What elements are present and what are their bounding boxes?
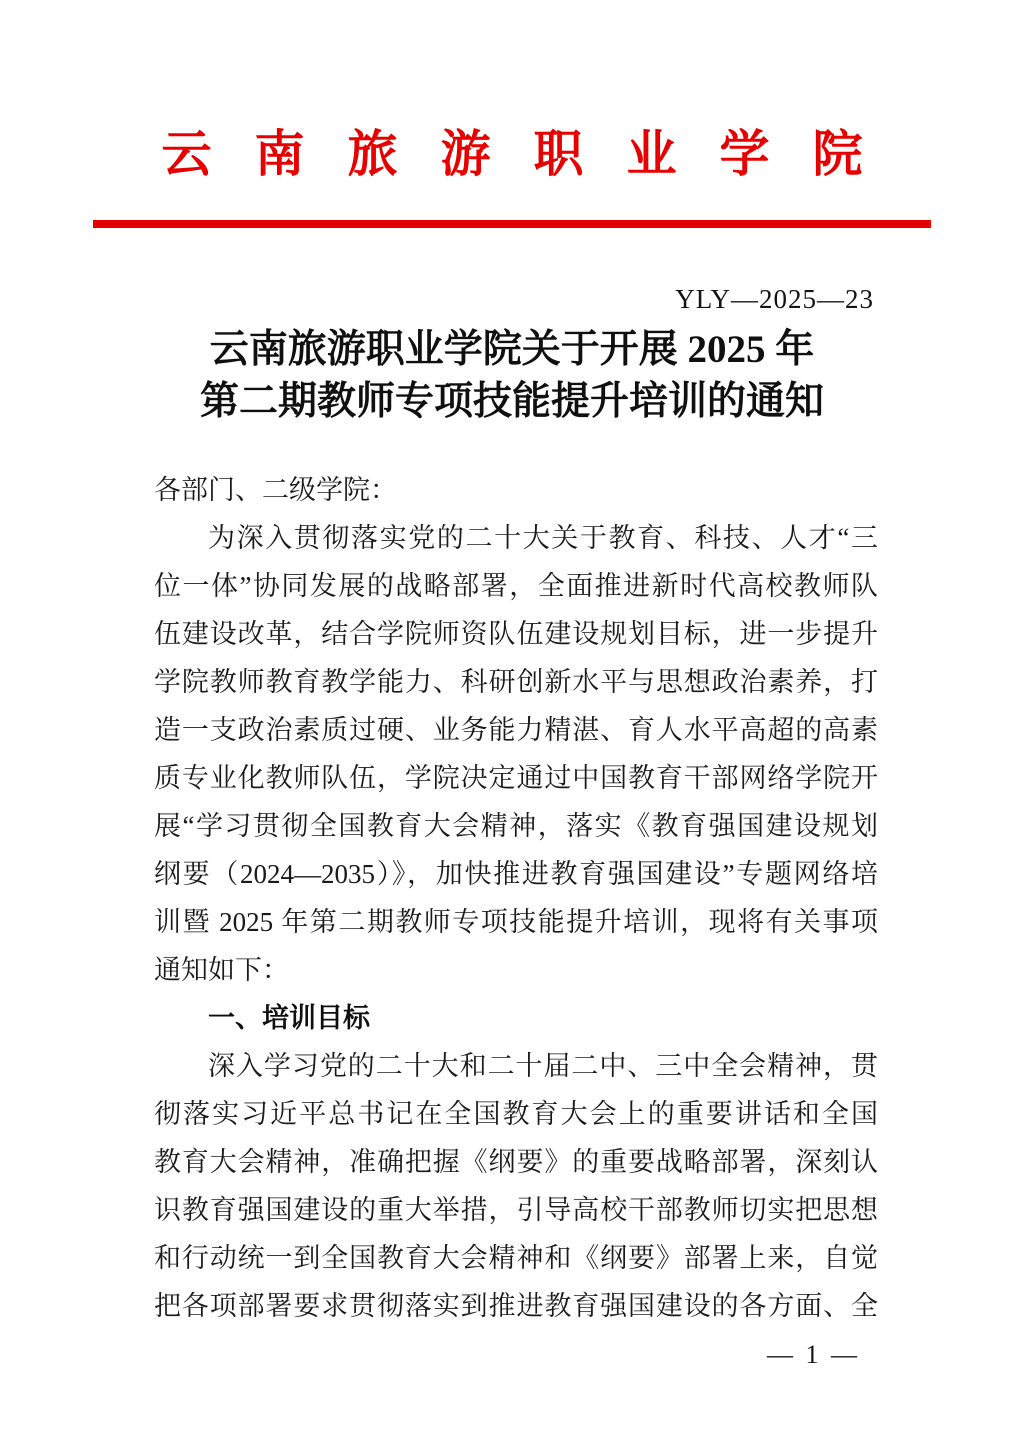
body-line: 教育大会精神，准确把握《纲要》的重要战略部署，深刻认 (154, 1138, 878, 1186)
body-line: 通知如下： (154, 946, 878, 994)
document-page: 云南旅游职业学院 YLY—2025—23 云南旅游职业学院关于开展 2025 年… (0, 0, 1024, 1448)
letterhead: 云南旅游职业学院 (0, 124, 1024, 228)
document-number: YLY—2025—23 (0, 284, 874, 315)
body-line: 伍建设改革，结合学院师资队伍建设规划目标，进一步提升 (154, 610, 878, 658)
page-number: — 1 — (767, 1340, 860, 1370)
body-line: 质专业化教师队伍，学院决定通过中国教育干部网络学院开 (154, 754, 878, 802)
body-line: 展“学习贯彻全国教育大会精神，落实《教育强国建设规划 (154, 802, 878, 850)
body-line: 彻落实习近平总书记在全国教育大会上的重要讲话和全国 (154, 1090, 878, 1138)
document-title: 云南旅游职业学院关于开展 2025 年 第二期教师专项技能提升培训的通知 (0, 324, 1024, 428)
body-line: 学院教师教育教学能力、科研创新水平与思想政治素养，打 (154, 658, 878, 706)
body-line: 和行动统一到全国教育大会精神和《纲要》部署上来，自觉 (154, 1234, 878, 1282)
body-line: 各部门、二级学院： (154, 466, 878, 514)
body-line: 造一支政治素质过硬、业务能力精湛、育人水平高超的高素 (154, 706, 878, 754)
letterhead-divider (93, 220, 931, 228)
body-line: 为深入贯彻落实党的二十大关于教育、科技、人才“三 (154, 514, 878, 562)
body-line: 把各项部署要求贯彻落实到推进教育强国建设的各方面、全 (154, 1282, 878, 1330)
body-line: 位一体”协同发展的战略部署，全面推进新时代高校教师队 (154, 562, 878, 610)
document-title-line-2: 第二期教师专项技能提升培训的通知 (0, 376, 1024, 428)
document-title-line-1: 云南旅游职业学院关于开展 2025 年 (0, 324, 1024, 376)
body-line: 训暨 2025 年第二期教师专项技能提升培训，现将有关事项 (154, 898, 878, 946)
section-heading: 一、培训目标 (154, 994, 878, 1042)
body-line: 识教育强国建设的重大举措，引导高校干部教师切实把思想 (154, 1186, 878, 1234)
school-name: 云南旅游职业学院 (0, 124, 1024, 184)
body-line: 深入学习党的二十大和二十届二中、三中全会精神，贯 (154, 1042, 878, 1090)
body-line: 纲要（2024—2035）》，加快推进教育强国建设”专题网络培 (154, 850, 878, 898)
school-name-text: 云南旅游职业学院 (162, 126, 906, 182)
document-body: 各部门、二级学院：为深入贯彻落实党的二十大关于教育、科技、人才“三位一体”协同发… (154, 466, 878, 1330)
